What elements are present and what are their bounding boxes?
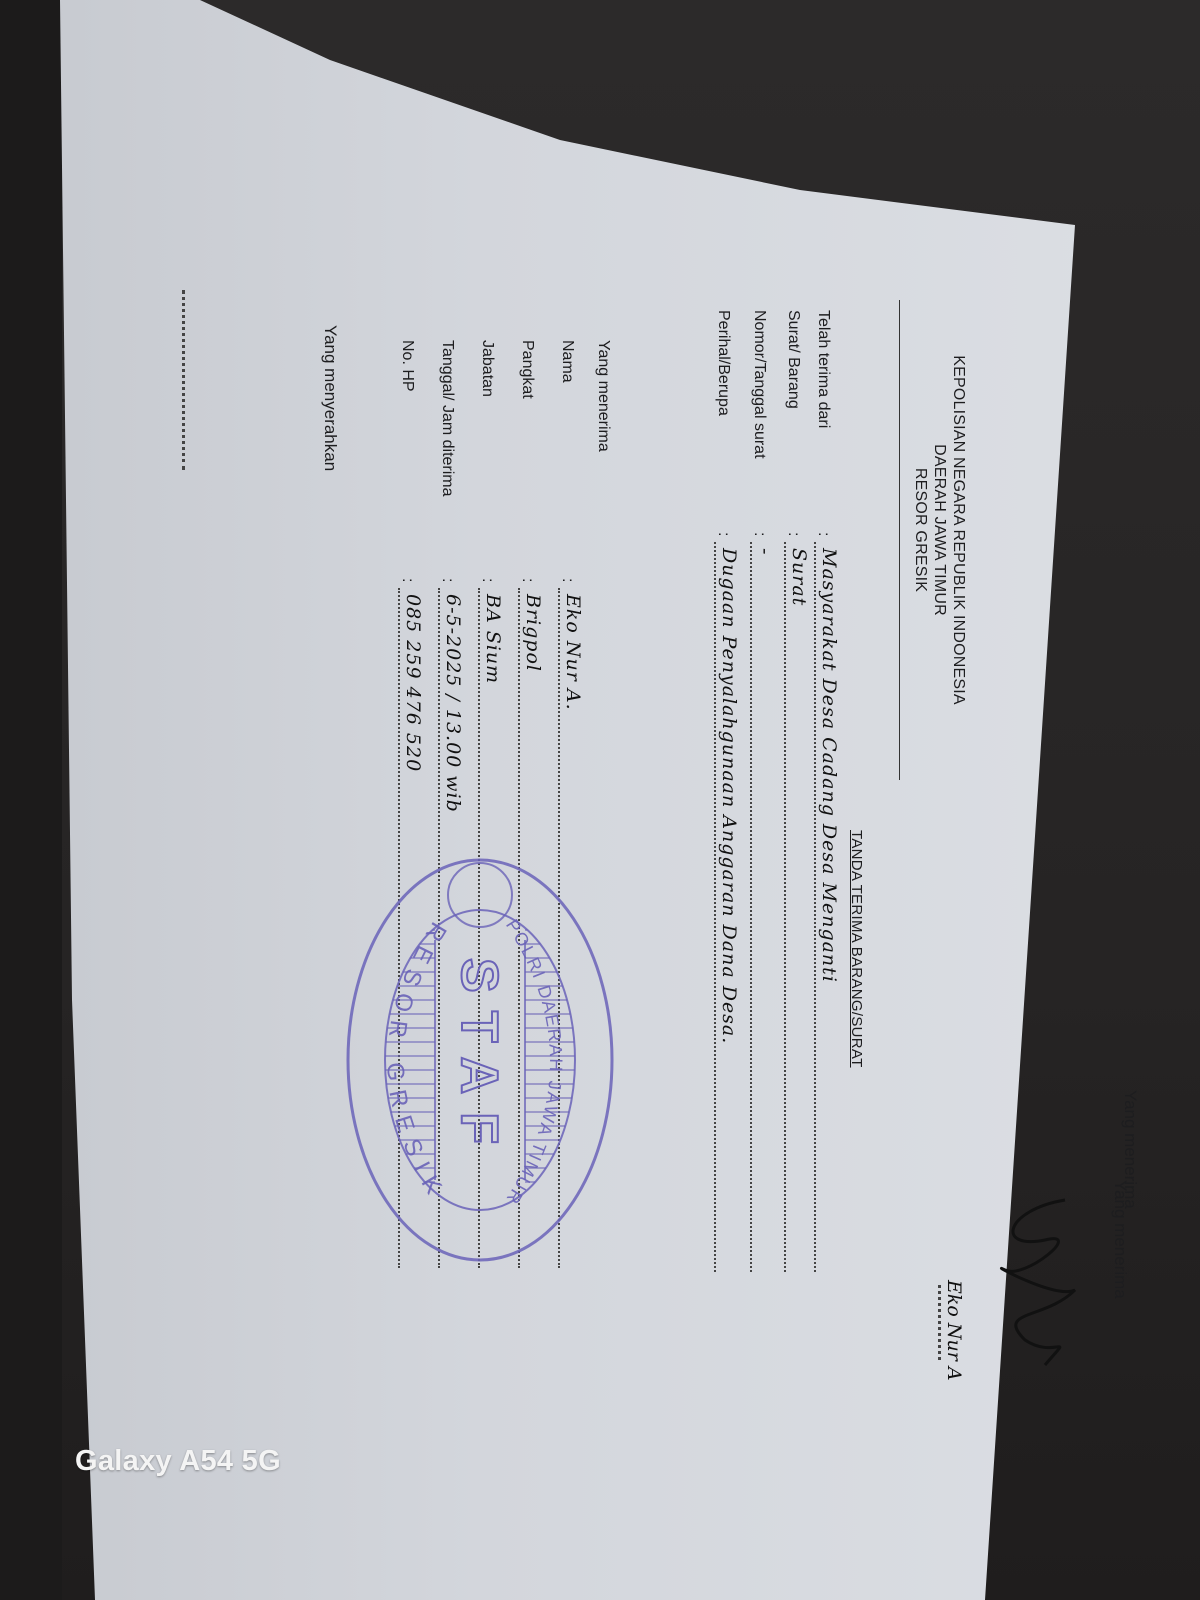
receipt-form: KEPOLISIAN NEGARA REPUBLIK INDONESIA DAE… bbox=[140, 270, 1000, 1430]
colon: : bbox=[518, 578, 536, 588]
handwritten-value: 6-5-2025 / 13.00 wib bbox=[442, 594, 464, 813]
signature-icon bbox=[985, 1190, 1085, 1370]
handwritten-value: Dugaan Penyalahgunaan Anggaran Dana Desa… bbox=[718, 548, 740, 1044]
colon: : bbox=[750, 532, 768, 542]
field-label: Nomor/Tanggal surat bbox=[750, 310, 768, 532]
field-row: Nomor/Tanggal surat : - bbox=[750, 310, 774, 1272]
received-signature-line bbox=[938, 1285, 941, 1360]
svg-text:POLRI DAERAH JAWA TIMUR: POLRI DAERAH JAWA TIMUR bbox=[502, 916, 566, 1209]
handed-over-signature-line bbox=[182, 290, 185, 470]
background-edge bbox=[0, 0, 62, 1600]
receiver-heading: Yang menerima bbox=[594, 340, 612, 452]
colon: : bbox=[558, 578, 576, 588]
received-label: Yang menerima bbox=[1110, 1180, 1130, 1299]
field-row: Perihal/Berupa : Dugaan Penyalahgunaan A… bbox=[714, 310, 738, 1272]
field-line: Masyarakat Desa Cadang Desa Menganti bbox=[814, 542, 838, 1272]
handwritten-value: - bbox=[754, 548, 776, 555]
colon: : bbox=[398, 578, 416, 588]
field-label: Surat/ Barang bbox=[784, 310, 802, 532]
field-label: Nama bbox=[558, 340, 576, 578]
received-name: Eko Nur A bbox=[943, 1280, 965, 1381]
field-label: No. HP bbox=[398, 340, 416, 578]
field-line: Surat bbox=[784, 542, 808, 1272]
colon: : bbox=[784, 532, 802, 542]
handwritten-value: BA Sium bbox=[482, 594, 504, 684]
colon: : bbox=[478, 578, 496, 588]
field-label: Telah terima dari bbox=[814, 310, 832, 532]
handed-over-label: Yang menyerahkan bbox=[320, 325, 340, 471]
stamp-center-text: STAF bbox=[450, 958, 508, 1162]
stamp-icon: POLRI DAERAH JAWA TIMUR STAF RESOR GRESI… bbox=[340, 850, 630, 1270]
field-row: Telah terima dari : Masyarakat Desa Cada… bbox=[814, 310, 838, 1272]
field-label: Tanggal/ Jam diterima bbox=[438, 340, 456, 578]
field-label: Perihal/Berupa bbox=[714, 310, 732, 532]
handwritten-value: 085 259 476 520 bbox=[402, 594, 424, 772]
svg-text:RESOR GRESIK: RESOR GRESIK bbox=[381, 917, 452, 1207]
handwritten-value: Eko Nur A. bbox=[562, 594, 584, 711]
letterhead-line: KEPOLISIAN NEGARA REPUBLIK INDONESIA bbox=[949, 290, 968, 770]
handwritten-value: Brigpol bbox=[522, 594, 544, 672]
letterhead-line: RESOR GRESIK bbox=[911, 290, 930, 770]
colon: : bbox=[438, 578, 456, 588]
field-label: Pangkat bbox=[518, 340, 536, 578]
handwritten-value: Masyarakat Desa Cadang Desa Menganti bbox=[818, 548, 840, 983]
form-title: TANDA TERIMA BARANG/SURAT bbox=[848, 830, 865, 1068]
official-stamp: POLRI DAERAH JAWA TIMUR STAF RESOR GRESI… bbox=[340, 850, 630, 1270]
colon: : bbox=[814, 532, 832, 542]
colon: : bbox=[714, 532, 732, 542]
camera-watermark: Galaxy A54 5G bbox=[75, 1445, 281, 1478]
letterhead-line: DAERAH JAWA TIMUR bbox=[930, 290, 949, 770]
field-label: Jabatan bbox=[478, 340, 496, 578]
field-line: - bbox=[750, 542, 774, 1272]
field-line: Dugaan Penyalahgunaan Anggaran Dana Desa… bbox=[714, 542, 738, 1272]
handwritten-value: Surat bbox=[788, 548, 810, 606]
field-row: Surat/ Barang : Surat bbox=[784, 310, 808, 1272]
letterhead: KEPOLISIAN NEGARA REPUBLIK INDONESIA DAE… bbox=[911, 290, 968, 770]
letterhead-rule bbox=[899, 300, 900, 780]
